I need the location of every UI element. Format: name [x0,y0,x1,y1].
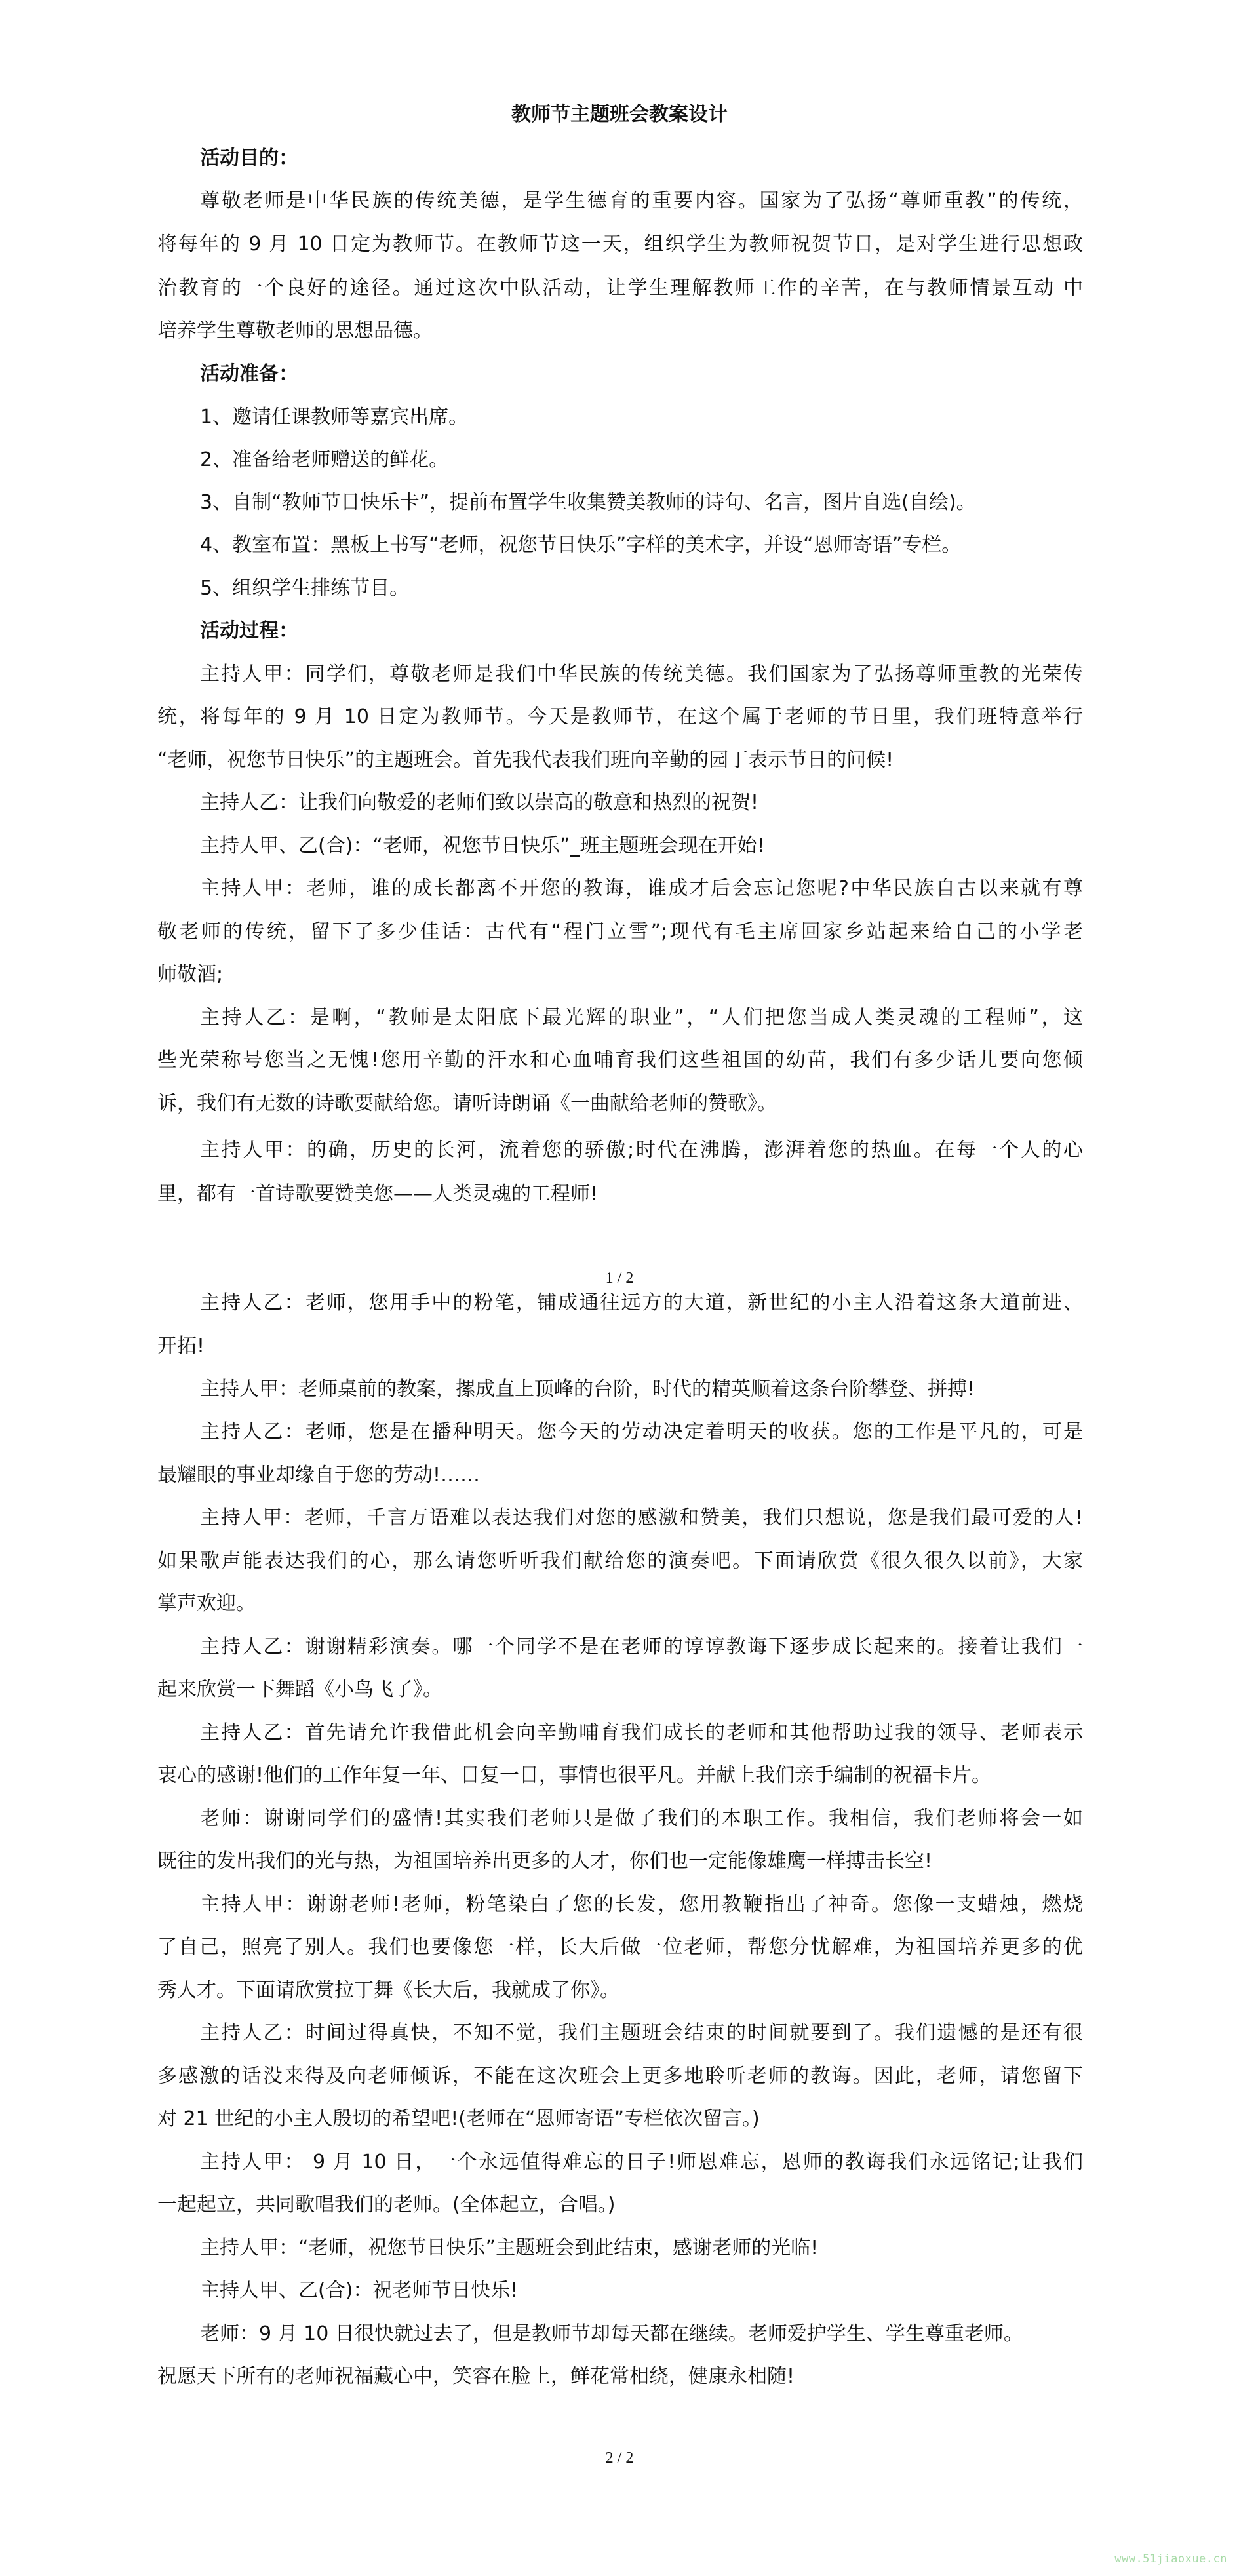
text-line: 里，都有一首诗歌要赞美您——人类灵魂的工程师! [157,1181,1083,1207]
text-line: 将每年的 9 月 10 日定为教师节。在教师节这一天，组织学生为教师祝贺节日，是… [157,231,1083,258]
text-line: 起来欣赏一下舞蹈《小鸟飞了》。 [157,1677,1083,1703]
text-line: 主持人甲：老师，谁的成长都离不开您的教诲，谁成才后会忘记您呢?中华民族自古以来就… [200,876,1083,902]
text-line: 主持人甲：老师桌前的教案，摞成直上顶峰的台阶，时代的精英顺着这条台阶攀登、拼搏! [200,1376,1083,1403]
text-line: 一起起立，共同歌唱我们的老师。(全体起立，合唱。) [157,2192,1083,2218]
text-line: 4、教室布置：黑板上书写“老师，祝您节日快乐”字样的美术字，并设“恩师寄语”专栏… [200,532,1083,558]
section-heading: 活动目的： [200,146,1083,172]
text-line: 主持人甲：谢谢老师!老师，粉笔染白了您的长发，您用教鞭指出了神奇。您像一支蜡烛，… [200,1892,1083,1918]
text-line: 主持人乙：是啊，“教师是太阳底下最光辉的职业”，“人们把您当成人类灵魂的工程师”… [200,1005,1083,1031]
text-line: 2、准备给老师赠送的鲜花。 [200,447,1083,473]
text-line: 最耀眼的事业却缘自于您的劳动!…… [157,1462,1083,1489]
text-line: 秀人才。下面请欣赏拉丁舞《长大后，我就成了你》。 [157,1978,1083,2004]
text-line: 尊敬老师是中华民族的传统美德，是学生德育的重要内容。国家为了弘扬“尊师重教”的传… [200,188,1083,214]
text-line: 些光荣称号您当之无愧!您用辛勤的汗水和心血哺育我们这些祖国的幼苗，我们有多少话儿… [157,1047,1083,1074]
text-line: 敬老师的传统，留下了多少佳话：古代有“程门立雪”;现代有毛主席回家乡站起来给自己… [157,919,1083,945]
text-line: 主持人甲：老师，千言万语难以表达我们对您的感激和赞美，我们只想说，您是我们最可爱… [200,1505,1083,1531]
text-line: 多感激的话没来得及向老师倾诉，不能在这次班会上更多地聆听老师的教诲。因此，老师，… [157,2063,1083,2090]
text-line: 主持人乙：时间过得真快，不知不觉，我们主题班会结束的时间就要到了。我们遗憾的是还… [200,2020,1083,2046]
text-line: 5、组织学生排练节目。 [200,576,1083,602]
text-line: 主持人甲：同学们，尊敬老师是我们中华民族的传统美德。我们国家为了弘扬尊师重教的光… [200,661,1083,688]
text-line: 主持人乙：老师，您是在播种明天。您今天的劳动决定着明天的收获。您的工作是平凡的，… [200,1419,1083,1445]
text-line: 3、自制“教师节日快乐卡”，提前布置学生收集赞美教师的诗句、名言，图片自选(自绘… [200,490,1083,516]
text-line: 治教育的一个良好的途径。通过这次中队活动，让学生理解教师工作的辛苦，在与教师情景… [157,275,1083,302]
text-line: 主持人甲： 9 月 10 日，一个永远值得难忘的日子!师恩难忘，恩师的教诲我们永… [200,2149,1083,2176]
text-line: 掌声欢迎。 [157,1591,1083,1617]
text-line: 主持人甲、乙(合)：“老师，祝您节日快乐”_班主题班会现在开始! [200,833,1083,859]
text-line: 1、邀请任课教师等嘉宾出席。 [200,404,1083,431]
text-line: 老师：谢谢同学们的盛情!其实我们老师只是做了我们的本职工作。我相信，我们老师将会… [200,1806,1083,1832]
text-line: 开拓! [157,1333,1083,1359]
text-line: 诉，我们有无数的诗歌要献给您。请听诗朗诵《一曲献给老师的赞歌》。 [157,1091,1083,1117]
text-line: 主持人乙：首先请允许我借此机会向辛勤哺育我们成长的老师和其他帮助过我的领导、老师… [200,1720,1083,1746]
text-line: 统，将每年的 9 月 10 日定为教师节。今天是教师节，在这个属于老师的节日里，… [157,704,1083,730]
text-line: 主持人甲：“老师，祝您节日快乐”主题班会到此结束，感谢老师的光临! [200,2235,1083,2261]
section-heading: 活动过程： [200,618,1083,644]
text-line: “老师，祝您节日快乐”的主题班会。首先我代表我们班向辛勤的园丁表示节日的问候! [157,747,1083,773]
text-line: 培养学生尊敬老师的思想品德。 [157,318,1083,344]
page-number-1: 1 / 2 [0,1268,1239,1288]
text-line: 主持人乙：让我们向敬爱的老师们致以崇高的敬意和热烈的祝贺! [200,790,1083,816]
page-number-2: 2 / 2 [0,2448,1239,2468]
text-line: 老师：9 月 10 日很快就过去了，但是教师节却每天都在继续。老师爱护学生、学生… [200,2321,1083,2347]
text-line: 主持人乙：谢谢精彩演奏。哪一个同学不是在老师的谆谆教诲下逐步成长起来的。接着让我… [200,1634,1083,1660]
text-line: 如果歌声能表达我们的心，那么请您听听我们献给您的演奏吧。下面请欣赏《很久很久以前… [157,1548,1083,1574]
section-heading: 活动准备： [200,361,1083,387]
text-line: 衷心的感谢!他们的工作年复一年、日复一日，事情也很平凡。并献上我们亲手编制的祝福… [157,1763,1083,1789]
text-line: 师敬酒; [157,962,1083,988]
text-line: 主持人甲、乙(合)：祝老师节日快乐! [200,2278,1083,2304]
text-line: 既往的发出我们的光与热，为祖国培养出更多的人才，你们也一定能像雄鹰一样搏击长空! [157,1848,1083,1875]
document-title: 教师节主题班会教案设计 [0,100,1239,130]
watermark: www.51jiaoxue.cn [1114,2552,1227,2566]
text-line: 主持人乙：老师，您用手中的粉笔，铺成通往远方的大道，新世纪的小主人沿着这条大道前… [200,1290,1083,1316]
text-line: 了自己，照亮了别人。我们也要像您一样，长大后做一位老师，帮您分忧解难，为祖国培养… [157,1934,1083,1961]
text-line: 主持人甲：的确，历史的长河，流着您的骄傲;时代在沸腾，澎湃着您的热血。在每一个人… [200,1137,1083,1163]
text-line: 祝愿天下所有的老师祝福藏心中，笑容在脸上，鲜花常相绕，健康永相随! [157,2364,1083,2390]
text-line: 对 21 世纪的小主人殷切的希望吧!(老师在“恩师寄语”专栏依次留言。) [157,2106,1083,2132]
